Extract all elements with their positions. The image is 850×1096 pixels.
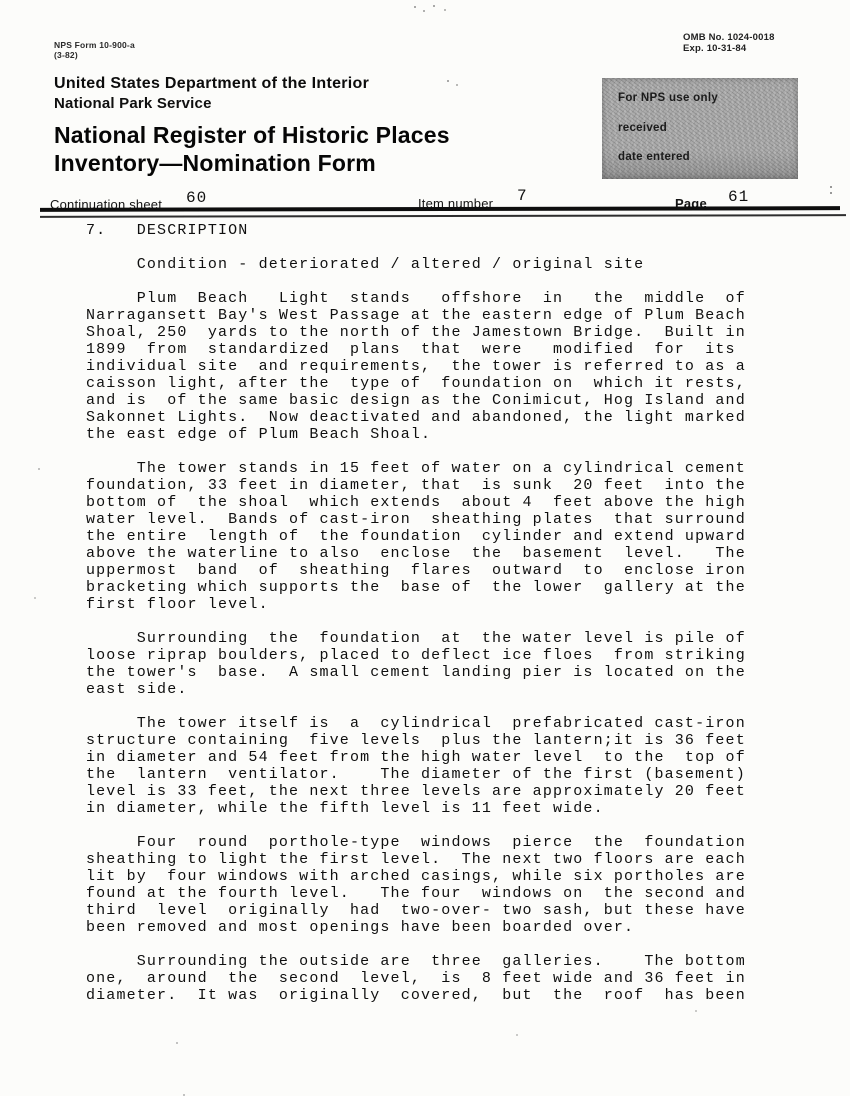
form-title-line1: National Register of Historic Places [54, 121, 450, 149]
item-number-value: 7 [517, 187, 528, 205]
agency-subname: National Park Service [54, 95, 212, 112]
header-rule-thick [40, 206, 840, 212]
scan-speckle [38, 468, 40, 470]
scan-speckle [830, 192, 832, 194]
scan-speckle [516, 1034, 518, 1036]
continuation-sheet-value: 60 [186, 189, 207, 207]
form-title: National Register of Historic Places Inv… [54, 121, 450, 177]
form-number-block: NPS Form 10-900-a (3-82) [54, 40, 135, 60]
nps-box-header: For NPS use only [618, 92, 718, 104]
agency-name: United States Department of the Interior [54, 75, 369, 93]
nps-box-received-label: received [618, 122, 667, 134]
scan-speckle [433, 5, 435, 7]
nps-box-date-entered-label: date entered [618, 151, 690, 163]
omb-number: OMB No. 1024-0018 [683, 32, 775, 43]
scan-speckle [444, 9, 446, 11]
scan-speckle [176, 1042, 178, 1044]
scan-speckle [423, 10, 425, 12]
body-text: 7. DESCRIPTION Condition - deteriorated … [86, 222, 746, 1004]
nps-use-only-box: For NPS use only received date entered [602, 78, 798, 179]
document-page: NPS Form 10-900-a (3-82) OMB No. 1024-00… [0, 0, 850, 1096]
scan-speckle [34, 597, 36, 599]
omb-block: OMB No. 1024-0018 Exp. 10-31-84 [683, 32, 775, 54]
form-revision: (3-82) [54, 50, 135, 60]
omb-expiration: Exp. 10-31-84 [683, 43, 775, 54]
scan-speckle [414, 6, 416, 8]
scan-speckle [830, 186, 832, 188]
scan-speckle [695, 1010, 697, 1012]
page-number-value: 61 [728, 188, 749, 206]
form-number: NPS Form 10-900-a [54, 40, 135, 50]
header-rule-thin [40, 214, 846, 218]
form-title-line2: Inventory—Nomination Form [54, 149, 450, 177]
scan-speckle [447, 80, 449, 82]
scan-speckle [456, 84, 458, 86]
